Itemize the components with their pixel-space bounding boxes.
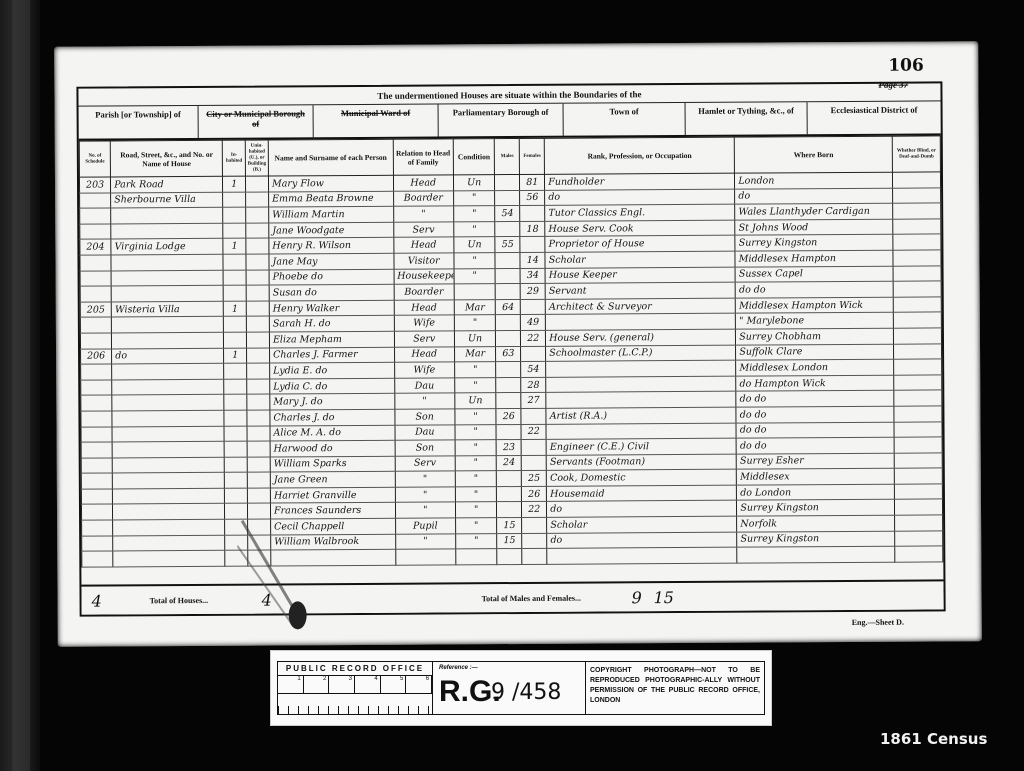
cell-road: Sherbourne Villa — [111, 192, 223, 208]
cell-male — [496, 330, 521, 346]
cell-road — [112, 395, 224, 411]
cell-schedule — [80, 255, 111, 271]
cell-relation: Serv — [393, 222, 453, 238]
ruler-mark: 3 — [329, 676, 355, 693]
cell-relation: " — [395, 487, 455, 503]
cell-road — [112, 457, 224, 473]
cell-born: Sussex Capel — [735, 266, 893, 283]
cell-road — [111, 254, 223, 270]
cell-schedule — [82, 551, 113, 567]
film-strip — [12, 0, 30, 771]
cell-schedule — [81, 364, 112, 380]
cell-male — [495, 190, 520, 206]
cell-born: Surrey Kingston — [735, 235, 893, 252]
cell-blind — [895, 499, 943, 515]
cell-born — [737, 546, 895, 563]
schedule-total: 4 — [92, 591, 120, 610]
cell-occupation: Servant — [545, 282, 735, 299]
reference-box: Reference :— R.G. 9 /458 — [433, 662, 586, 714]
cell-name: Cecil Chappell — [271, 518, 396, 534]
cell-road — [112, 332, 224, 348]
cell-name: Susan do — [269, 284, 394, 300]
cell-female — [520, 206, 545, 222]
cell-male — [497, 502, 522, 518]
cell-female: 29 — [520, 283, 545, 299]
image-caption: 1861 Census — [880, 730, 987, 748]
cell-inhabited — [224, 332, 247, 348]
cell-inhabited — [225, 504, 248, 520]
cell-road: do — [112, 348, 224, 364]
cell-name: Frances Saunders — [270, 503, 395, 519]
cell-condition: " — [455, 409, 497, 425]
cell-condition: Mar — [454, 299, 496, 315]
cell-blind — [893, 265, 941, 281]
cell-uninhabited — [248, 519, 271, 535]
cell-born: do do — [736, 406, 894, 423]
cell-condition: Un — [454, 237, 496, 253]
cell-relation: Head — [394, 300, 454, 316]
cell-name: Harwood do — [270, 440, 395, 456]
persons-total-label: Total of Males and Females... — [482, 593, 632, 603]
cell-inhabited — [224, 394, 247, 410]
cell-schedule — [80, 333, 111, 349]
copyright-notice: COPYRIGHT PHOTOGRAPH—NOT TO BE REPRODUCE… — [586, 662, 764, 714]
females-total: 15 — [653, 588, 675, 607]
cell-male — [495, 221, 520, 237]
district-municipal-borough: City or Municipal Borough of — [199, 105, 314, 138]
ruler-mark: 1 — [278, 676, 304, 693]
cell-female: 34 — [520, 268, 545, 284]
cell-male: 15 — [497, 518, 522, 534]
cell-female: 26 — [522, 486, 547, 502]
cell-condition: Un — [453, 175, 495, 191]
cell-female: 18 — [520, 221, 545, 237]
cell-inhabited — [225, 550, 248, 566]
cell-inhabited — [224, 426, 247, 442]
cell-schedule — [81, 395, 112, 411]
cell-relation: Boarder — [394, 284, 454, 300]
cell-born: London — [735, 172, 893, 189]
cell-blind — [893, 188, 941, 204]
cell-inhabited — [224, 363, 247, 379]
cell-relation: Boarder — [393, 190, 453, 206]
cell-road — [112, 426, 224, 442]
cell-blind — [893, 312, 941, 328]
cell-blind — [894, 328, 942, 344]
cell-relation: Wife — [394, 362, 454, 378]
cell-uninhabited — [246, 316, 269, 332]
cell-inhabited — [223, 254, 246, 270]
cell-inhabited — [223, 192, 246, 208]
col-road: Road, Street, &c., and No. or Name of Ho… — [110, 140, 222, 177]
cell-inhabited — [223, 285, 246, 301]
cell-blind — [894, 468, 942, 484]
cell-schedule — [81, 411, 112, 427]
cell-uninhabited — [246, 192, 269, 208]
cell-road — [112, 410, 224, 426]
cell-name: Charles J. Farmer — [270, 347, 395, 363]
cell-occupation: House Keeper — [545, 267, 735, 284]
cell-blind — [893, 172, 941, 188]
cell-condition: " — [455, 440, 497, 456]
cell-inhabited: 1 — [224, 348, 247, 364]
cell-name: William Walbrook — [271, 534, 396, 550]
cell-female: 56 — [520, 190, 545, 206]
cell-condition: " — [454, 206, 496, 222]
cell-name: Sarah H. do — [269, 316, 394, 332]
cell-road — [111, 285, 223, 301]
cell-blind — [894, 453, 942, 469]
cell-male — [497, 471, 522, 487]
cell-born: do do — [736, 437, 894, 454]
cell-occupation — [547, 547, 737, 564]
cell-inhabited — [224, 410, 247, 426]
cell-name: Henry Walker — [269, 300, 394, 316]
ruler-mark: 6 — [406, 676, 432, 693]
cell-occupation: Architect & Surveyor — [545, 298, 735, 315]
cell-born: Suffolk Clare — [736, 344, 894, 361]
cell-relation: " — [395, 471, 455, 487]
cell-occupation: Proprietor of House — [545, 236, 735, 253]
cell-inhabited — [223, 223, 246, 239]
cell-name: William Martin — [269, 206, 394, 222]
cell-name: Jane Green — [270, 472, 395, 488]
cell-name: Harriet Granville — [270, 487, 395, 503]
cell-condition: " — [455, 471, 497, 487]
cell-occupation: do — [545, 189, 735, 206]
col-relation: Relation to Head of Family — [393, 139, 453, 175]
cell-road — [113, 504, 225, 520]
cell-relation: " — [393, 206, 453, 222]
cell-male — [495, 268, 520, 284]
cell-female — [521, 455, 546, 471]
cell-road — [112, 441, 224, 457]
cell-schedule: 203 — [79, 177, 110, 193]
cell-schedule — [80, 224, 111, 240]
cell-female — [521, 346, 546, 362]
cell-female: 49 — [521, 315, 546, 331]
cell-road — [111, 270, 223, 286]
cell-relation: Wife — [394, 315, 454, 331]
cell-uninhabited — [247, 441, 270, 457]
cell-blind — [894, 375, 942, 391]
cell-born: Middlesex Hampton — [735, 250, 893, 267]
cell-male: 55 — [495, 237, 520, 253]
cell-uninhabited — [246, 223, 269, 239]
cell-name: Henry R. Wilson — [269, 238, 394, 254]
cell-born: do London — [737, 484, 895, 501]
cell-condition: " — [456, 533, 498, 549]
cell-male — [496, 393, 521, 409]
cell-male — [495, 252, 520, 268]
cell-name: Jane Woodgate — [269, 222, 394, 238]
cell-name: Charles J. do — [270, 409, 395, 425]
cell-female — [522, 533, 547, 549]
cell-born: Surrey Esher — [736, 453, 894, 470]
cell-male — [496, 424, 521, 440]
cell-relation: Son — [395, 440, 455, 456]
cell-condition: " — [455, 455, 497, 471]
cell-inhabited — [225, 519, 248, 535]
cell-blind — [894, 437, 942, 453]
cell-occupation: Artist (R.A.) — [546, 407, 736, 424]
cell-name: Jane May — [269, 253, 394, 269]
cell-occupation: Schoolmaster (L.C.P.) — [546, 345, 736, 362]
cell-born: St Johns Wood — [735, 219, 893, 236]
cell-occupation: Scholar — [547, 516, 737, 533]
cell-relation: Serv — [394, 331, 454, 347]
col-uninhabited: Unin-habited (U.), or Building (B.) — [245, 140, 268, 176]
cell-schedule: 205 — [80, 302, 111, 318]
cell-female: 25 — [522, 471, 547, 487]
cell-uninhabited — [248, 550, 271, 566]
cell-occupation: Scholar — [545, 251, 735, 268]
cell-occupation — [546, 423, 736, 440]
cell-female — [521, 408, 546, 424]
cell-female: 81 — [520, 174, 545, 190]
enumeration-form: The undermentioned Houses are situate wi… — [76, 81, 945, 616]
cell-schedule: 206 — [81, 349, 112, 365]
col-name: Name and Surname of each Person — [268, 139, 393, 176]
cell-condition: Mar — [454, 346, 496, 362]
cell-blind — [894, 406, 942, 422]
cell-uninhabited — [247, 332, 270, 348]
cell-blind — [895, 546, 943, 562]
cell-condition: " — [455, 518, 497, 534]
cell-name: Eliza Mepham — [269, 331, 394, 347]
cell-occupation: House Serv. Cook — [545, 220, 735, 237]
cell-condition: " — [455, 502, 497, 518]
cell-born: " Marylebone — [736, 313, 894, 330]
cell-born: Wales Llanthyder Cardigan — [735, 203, 893, 220]
cell-relation: Dau — [395, 424, 455, 440]
folio-number: 106 — [888, 56, 924, 76]
district-hamlet: Hamlet or Tything, &c., of — [686, 102, 808, 135]
cell-blind — [894, 421, 942, 437]
cell-born: do — [735, 188, 893, 205]
cell-born: Norfolk — [737, 515, 895, 532]
cell-born: do do — [735, 281, 893, 298]
houses-total-label: Total of Houses... — [150, 595, 262, 605]
cell-road: Park Road — [111, 176, 223, 192]
cell-female — [521, 439, 546, 455]
census-table: No. of Schedule Road, Street, &c., and N… — [79, 135, 944, 567]
cell-born: Middlesex — [737, 468, 895, 485]
public-record-office-label: PUBLIC RECORD OFFICE 123456 Reference :—… — [270, 650, 772, 726]
cell-occupation: Cook, Domestic — [547, 469, 737, 486]
cell-schedule — [80, 286, 111, 302]
cell-condition: " — [454, 362, 496, 378]
district-town: Town of — [564, 103, 686, 136]
cell-uninhabited — [246, 270, 269, 286]
cell-road — [113, 551, 225, 567]
cell-schedule — [81, 489, 112, 505]
cell-born: Surrey Chobham — [736, 328, 894, 345]
cell-name: William Sparks — [270, 456, 395, 472]
cell-name: Lydia C. do — [270, 378, 395, 394]
cell-male — [496, 362, 521, 378]
cell-born: do do — [736, 391, 894, 408]
cell-relation: Serv — [395, 456, 455, 472]
cell-male — [495, 174, 520, 190]
cell-condition: " — [454, 268, 496, 284]
cell-name: Lydia E. do — [270, 362, 395, 378]
cell-occupation: House Serv. (general) — [546, 329, 736, 346]
cell-inhabited: 1 — [223, 176, 246, 192]
cell-blind — [895, 484, 943, 500]
cell-schedule — [81, 380, 112, 396]
cell-name: Emma Beata Browne — [269, 191, 394, 207]
cell-occupation: Tutor Classics Engl. — [545, 204, 735, 221]
cell-relation: Head — [393, 175, 453, 191]
cell-condition: Un — [454, 331, 496, 347]
ruler-mark: 4 — [355, 676, 381, 693]
cell-condition: Un — [455, 393, 497, 409]
cell-male — [496, 377, 521, 393]
cell-inhabited: 1 — [224, 301, 247, 317]
cell-inhabited — [224, 379, 247, 395]
ruler-ticks — [278, 694, 432, 714]
cell-road — [111, 223, 223, 239]
cell-male — [497, 486, 522, 502]
cell-blind — [895, 531, 943, 547]
col-occupation: Rank, Profession, or Occupation — [544, 137, 734, 174]
cell-male — [496, 315, 521, 331]
cell-blind — [893, 203, 941, 219]
cell-occupation — [546, 376, 736, 393]
cell-road — [112, 379, 224, 395]
cell-born: Middlesex London — [736, 359, 894, 376]
cell-uninhabited — [246, 301, 269, 317]
cell-male: 24 — [497, 455, 522, 471]
cell-condition: " — [454, 253, 496, 269]
cell-uninhabited — [247, 348, 270, 364]
cell-relation: " — [394, 393, 454, 409]
cell-condition: " — [454, 221, 496, 237]
cell-female — [522, 517, 547, 533]
cell-female — [521, 299, 546, 315]
cell-name — [271, 550, 396, 566]
cell-road — [113, 488, 225, 504]
cell-uninhabited — [247, 426, 270, 442]
col-blind-deaf: Whether Blind, or Deaf-and-Dumb — [892, 136, 940, 172]
cell-blind — [894, 343, 942, 359]
cell-uninhabited — [247, 379, 270, 395]
cell-condition: " — [454, 315, 496, 331]
cell-uninhabited — [248, 503, 271, 519]
office-name: PUBLIC RECORD OFFICE — [278, 662, 432, 676]
cell-uninhabited — [247, 410, 270, 426]
census-sheet: 106 Page 37 The undermentioned Houses ar… — [54, 41, 982, 647]
cell-female: 22 — [521, 330, 546, 346]
cell-female — [520, 237, 545, 253]
cell-name: Mary Flow — [268, 175, 393, 191]
cell-road — [112, 363, 224, 379]
cell-male: 54 — [495, 206, 520, 222]
cell-road — [112, 473, 224, 489]
ruler-mark: 5 — [381, 676, 407, 693]
males-total: 9 — [631, 588, 653, 607]
cell-condition — [454, 284, 496, 300]
houses-total-value: 4 — [261, 590, 321, 609]
cell-male: 63 — [496, 346, 521, 362]
cell-occupation — [546, 391, 736, 408]
cell-uninhabited — [247, 363, 270, 379]
cell-road — [113, 519, 225, 535]
cell-inhabited — [225, 535, 248, 551]
cell-blind — [894, 359, 942, 375]
cell-occupation: Housemaid — [547, 485, 737, 502]
cell-road: Virginia Lodge — [111, 239, 223, 255]
district-parliamentary-borough: Parliamentary Borough of — [439, 104, 564, 137]
cell-schedule: 204 — [80, 239, 111, 255]
cell-female: 54 — [521, 361, 546, 377]
cell-born: Surrey Kingston — [737, 500, 895, 517]
cell-uninhabited — [247, 472, 270, 488]
cell-uninhabited — [246, 238, 269, 254]
cell-blind — [893, 234, 941, 250]
cell-relation — [395, 549, 455, 565]
cell-condition: " — [455, 487, 497, 503]
cell-schedule — [80, 271, 111, 287]
col-schedule: No. of Schedule — [79, 141, 110, 177]
cell-relation: Head — [393, 237, 453, 253]
cell-schedule — [81, 504, 112, 520]
cell-blind — [893, 281, 941, 297]
cell-schedule — [80, 317, 111, 333]
cell-uninhabited — [248, 488, 271, 504]
cell-inhabited — [224, 457, 247, 473]
cell-occupation: do — [547, 501, 737, 518]
cell-schedule — [82, 520, 113, 536]
cell-condition: " — [455, 377, 497, 393]
cell-uninhabited — [246, 207, 269, 223]
cell-relation: " — [395, 534, 455, 550]
cell-female: 22 — [522, 502, 547, 518]
cell-uninhabited — [247, 394, 270, 410]
col-where-born: Where Born — [735, 136, 893, 173]
cell-name: Phoebe do — [269, 269, 394, 285]
cell-male: 23 — [496, 440, 521, 456]
cell-female — [522, 549, 547, 565]
reference-label: Reference :— — [439, 665, 579, 671]
cell-inhabited — [224, 441, 247, 457]
cell-born: Middlesex Hampton Wick — [736, 297, 894, 314]
cell-uninhabited — [248, 535, 271, 551]
cell-condition: " — [453, 190, 495, 206]
cell-name: Alice M. A. do — [270, 425, 395, 441]
cell-inhabited — [223, 270, 246, 286]
cell-female: 28 — [521, 377, 546, 393]
cell-female: 14 — [520, 252, 545, 268]
column-header-row: No. of Schedule Road, Street, &c., and N… — [79, 136, 940, 177]
cell-inhabited — [225, 488, 248, 504]
cell-born: do do — [736, 422, 894, 439]
cell-female: 22 — [521, 424, 546, 440]
cell-blind — [895, 515, 943, 531]
cell-male: 26 — [496, 408, 521, 424]
col-inhabited: In-habited — [223, 140, 246, 176]
cell-female: 27 — [521, 393, 546, 409]
cell-blind — [893, 250, 941, 266]
cell-road — [113, 535, 225, 551]
cell-schedule — [82, 536, 113, 552]
district-parish: Parish [or Township] of — [79, 106, 199, 139]
reference-number: 9 /458 — [491, 680, 561, 705]
cell-inhabited — [224, 317, 247, 333]
cell-road: Wisteria Villa — [111, 301, 223, 317]
cell-occupation — [546, 360, 736, 377]
